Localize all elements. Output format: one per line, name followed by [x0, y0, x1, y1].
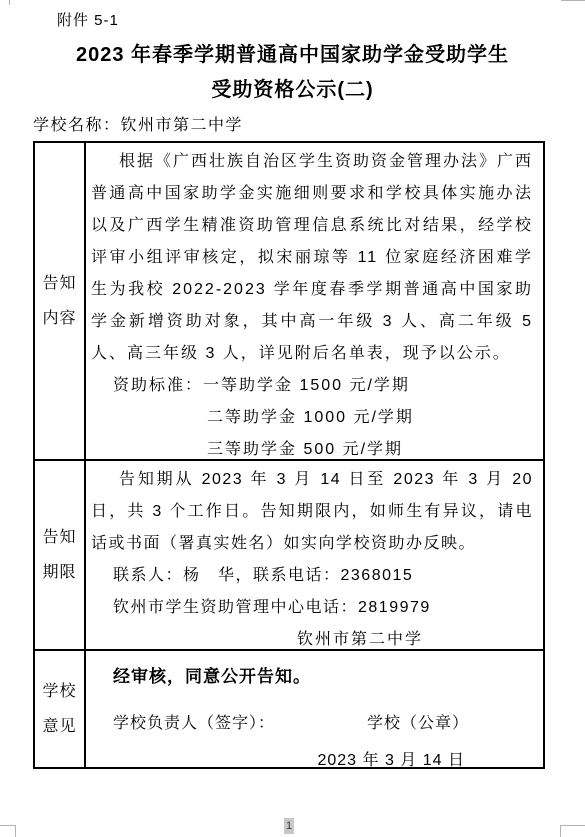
table-row-school-opinion: 学校 意见 经审核，同意公开告知。 学校负责人（签字）： 学校（公章） 2023… [35, 649, 543, 767]
margin-mark-top-right [561, 0, 585, 1]
row-label-notice-content: 告知 内容 [35, 143, 86, 459]
margin-mark-bottom-left [0, 825, 16, 826]
margin-mark-top-left [9, 0, 10, 5]
signature-seal-row: 学校负责人（签字）： 学校（公章） [91, 709, 533, 739]
notice-table: 告知 内容 根据《广西壮族自治区学生资助资金管理办法》广西普通高中国家助学金实施… [33, 141, 545, 769]
document-title-line1: 2023 年春季学期普通高中国家助学金受助学生 [0, 38, 585, 73]
document-title-line2: 受助资格公示(二) [0, 73, 585, 108]
cell-notice-period: 告知期从 2023 年 3 月 14 日至 2023 年 3 月 20 日，共 … [86, 461, 543, 649]
margin-mark-bottom-left-v [15, 825, 16, 837]
row-label-text: 告知 [42, 520, 76, 555]
row-label-notice-period: 告知 期限 [35, 461, 86, 649]
aid-standard-line2: 二等助学金 1000 元/学期 [91, 402, 533, 434]
cell-notice-content: 根据《广西壮族自治区学生资助资金管理办法》广西普通高中国家助学金实施细则要求和学… [86, 143, 543, 459]
table-row-notice-content: 告知 内容 根据《广西壮族自治区学生资助资金管理办法》广西普通高中国家助学金实施… [35, 143, 543, 459]
row-label-text: 意见 [42, 709, 76, 744]
school-name-line: 学校名称：钦州市第二中学 [33, 112, 243, 135]
approval-statement: 经审核，同意公开告知。 [91, 662, 533, 692]
school-seal-label: 学校（公章） [367, 709, 469, 739]
aid-standard-line3: 三等助学金 500 元/学期 [91, 434, 533, 459]
row-label-text: 期限 [42, 555, 76, 590]
principal-sign-label: 学校负责人（签字）： [113, 709, 275, 739]
aid-center-phone-line: 钦州市学生资助管理中心电话：2819979 [91, 592, 533, 624]
attachment-label: 附件 5-1 [57, 9, 119, 30]
school-signature-line: 钦州市第二中学 [91, 624, 533, 649]
row-label-text: 学校 [42, 674, 76, 709]
document-title: 2023 年春季学期普通高中国家助学金受助学生 受助资格公示(二) [0, 38, 585, 108]
contact-person-line: 联系人：杨 华，联系电话：2368015 [91, 560, 533, 592]
margin-mark-bottom-right [560, 825, 585, 826]
row-label-school-opinion: 学校 意见 [35, 651, 86, 767]
notice-period-paragraph: 告知期从 2023 年 3 月 14 日至 2023 年 3 月 20 日，共 … [91, 464, 533, 560]
notice-content-paragraph: 根据《广西壮族自治区学生资助资金管理办法》广西普通高中国家助学金实施细则要求和学… [91, 146, 533, 370]
page-number-field: 1 [284, 818, 294, 834]
document-page: 附件 5-1 2023 年春季学期普通高中国家助学金受助学生 受助资格公示(二)… [0, 0, 585, 837]
row-label-text: 内容 [42, 301, 76, 336]
margin-mark-bottom-right-v [560, 825, 561, 837]
opinion-date: 2023 年 3 月 14 日 [91, 746, 533, 767]
cell-school-opinion: 经审核，同意公开告知。 学校负责人（签字）： 学校（公章） 2023 年 3 月… [86, 651, 543, 767]
aid-standard-line1: 资助标准：一等助学金 1500 元/学期 [91, 370, 533, 402]
row-label-text: 告知 [42, 266, 76, 301]
table-row-notice-period: 告知 期限 告知期从 2023 年 3 月 14 日至 2023 年 3 月 2… [35, 459, 543, 649]
